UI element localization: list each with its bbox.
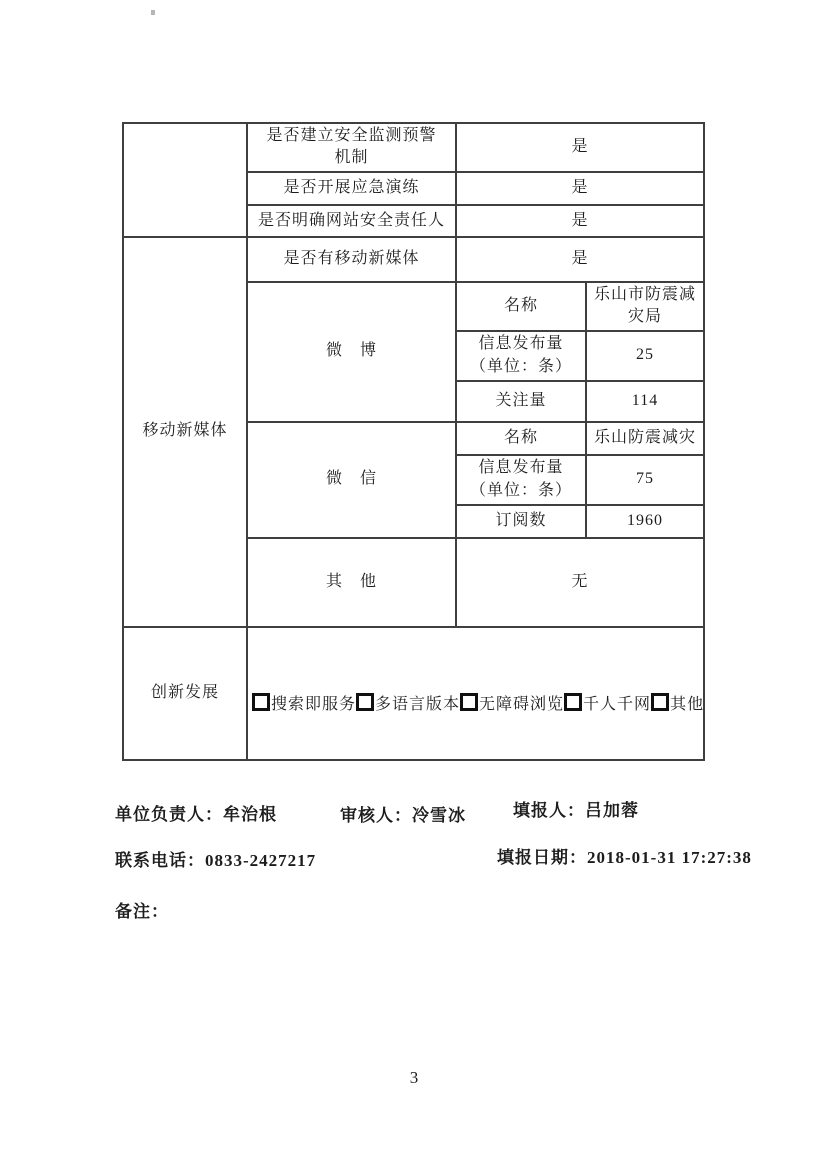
other-media-value: 无	[456, 538, 704, 627]
page-number: 3	[0, 1068, 828, 1088]
remarks-line: 备注：	[115, 897, 169, 922]
security-officer-label: 是否明确网站安全责任人	[247, 205, 456, 237]
wechat-name-label: 名称	[456, 422, 586, 455]
category-innovation: 创新发展	[123, 627, 247, 760]
checkbox-other-label: 其他	[670, 696, 704, 713]
checkbox-accessibility-label: 无障碍浏览	[479, 696, 564, 713]
security-monitor-label: 是否建立安全监测预警 机制	[247, 123, 456, 172]
phone-label: 联系电话：	[115, 851, 205, 870]
wechat-posts-value: 75	[586, 455, 704, 505]
weibo-section-label: 微 博	[247, 282, 456, 422]
innovation-options-line: 搜索即服务多语言版本无障碍浏览千人千网其他	[252, 696, 704, 713]
other-media-label: 其 他	[247, 538, 456, 627]
security-officer-value: 是	[456, 205, 704, 237]
category-mobile-media: 移动新媒体	[123, 237, 247, 627]
reviewer-label: 审核人：	[340, 806, 412, 825]
wechat-section-label: 微 信	[247, 422, 456, 538]
weibo-name-label: 名称	[456, 282, 586, 331]
weibo-posts-value: 25	[586, 331, 704, 381]
has-mobile-media-label: 是否有移动新媒体	[247, 237, 456, 282]
filler-label: 填报人：	[513, 801, 585, 820]
report-date-label: 填报日期：	[497, 848, 587, 867]
reviewer-line: 审核人：冷雪冰	[340, 801, 466, 826]
category-blank-cell	[123, 123, 247, 237]
checkbox-other-icon	[651, 693, 669, 711]
has-mobile-media-value: 是	[456, 237, 704, 282]
weibo-name-value: 乐山市防震减 灾局	[586, 282, 704, 331]
checkbox-accessibility-icon	[460, 693, 478, 711]
scan-artifact	[151, 10, 155, 15]
emergency-drill-label: 是否开展应急演练	[247, 172, 456, 205]
security-monitor-value: 是	[456, 123, 704, 172]
unit-head-value: 牟治根	[223, 805, 277, 824]
wechat-posts-label: 信息发布量 （单位：条）	[456, 455, 586, 505]
weibo-followers-value: 114	[586, 381, 704, 422]
filler-line: 填报人：吕加蓉	[513, 796, 639, 821]
checkbox-multilang-icon	[356, 693, 374, 711]
wechat-subscribers-value: 1960	[586, 505, 704, 538]
checkbox-search-service-label: 搜索即服务	[271, 696, 356, 713]
innovation-options-cell: 搜索即服务多语言版本无障碍浏览千人千网其他	[247, 627, 704, 760]
checkbox-multilang-label: 多语言版本	[375, 696, 460, 713]
phone-value: 0833-2427217	[205, 851, 316, 870]
report-date-value: 2018-01-31 17:27:38	[587, 848, 752, 867]
unit-head-line: 单位负责人：牟治根	[115, 800, 277, 825]
weibo-posts-label: 信息发布量 （单位：条）	[456, 331, 586, 381]
wechat-name-value: 乐山防震减灾	[586, 422, 704, 455]
phone-line: 联系电话：0833-2427217	[115, 846, 316, 871]
checkbox-search-service-icon	[252, 693, 270, 711]
scanned-report-page: 是否建立安全监测预警 机制 是 是否开展应急演练 是 是否明确网站安全责任人 是…	[0, 0, 828, 1169]
remarks-label: 备注：	[115, 902, 169, 921]
report-date-line: 填报日期：2018-01-31 17:27:38	[497, 843, 752, 868]
weibo-followers-label: 关注量	[456, 381, 586, 422]
checkbox-qianren-icon	[564, 693, 582, 711]
filler-value: 吕加蓉	[585, 801, 639, 820]
report-table: 是否建立安全监测预警 机制 是 是否开展应急演练 是 是否明确网站安全责任人 是…	[122, 122, 705, 761]
wechat-subscribers-label: 订阅数	[456, 505, 586, 538]
checkbox-qianren-label: 千人千网	[583, 696, 651, 713]
unit-head-label: 单位负责人：	[115, 805, 223, 824]
reviewer-value: 冷雪冰	[412, 806, 466, 825]
emergency-drill-value: 是	[456, 172, 704, 205]
